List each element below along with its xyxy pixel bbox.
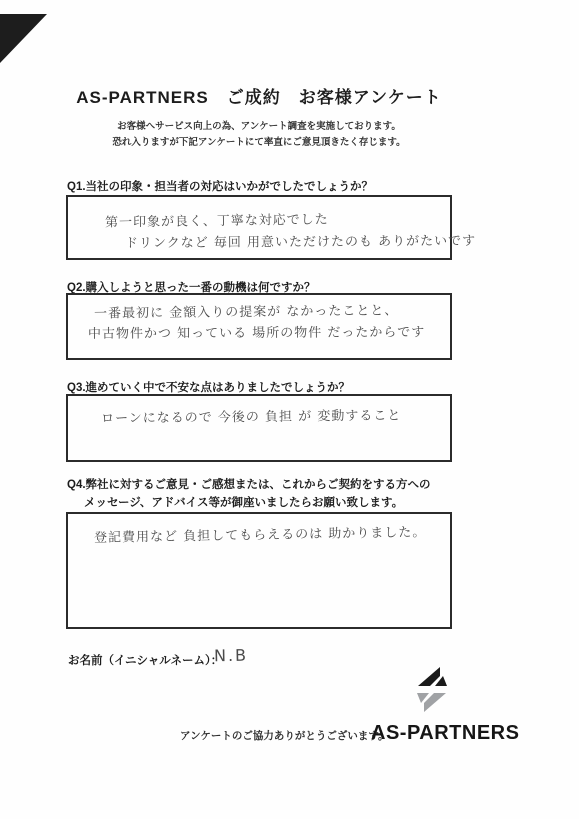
footer-thanks-text: アンケートのご協力ありがとうございます。	[180, 728, 389, 743]
scan-corner-artifact	[0, 14, 47, 63]
question-3-label: Q3.進めていく中で不安な点はありましたでしょうか？	[67, 379, 350, 395]
question-4-label-line-2: メッセージ、アドバイス等が御座いましたらお願い致します。	[84, 494, 403, 510]
question-4-label: Q4.弊社に対するご意見・ご感想または、これからご契約をする方への	[67, 476, 431, 492]
name-field-value: N.B	[214, 646, 248, 666]
question-2-answer-line-2: 中古物件かつ 知っている 場所の物件 だったからです	[88, 321, 425, 342]
page-title: AS-PARTNERS ご成約 お客様アンケート	[66, 83, 452, 108]
subtitle-line-1: お客様へサービス向上の為、アンケート調査を実施しております。	[36, 119, 482, 135]
name-field-label: お名前（イニシャルネーム）：	[68, 652, 222, 668]
footer-brand-name: AS-PARTNERS	[371, 722, 519, 745]
question-1-answer-line-2: ドリンクなど 毎回 用意いただけたのも ありがたいです	[125, 230, 476, 251]
page-subtitle: お客様へサービス向上の為、アンケート調査を実施しております。 恐れ入りますが下記…	[36, 119, 482, 151]
question-1-answer-line-1: 第一印象が良く、丁寧な対応でした	[105, 208, 329, 230]
as-partners-logo-icon	[417, 667, 448, 713]
question-1-label: Q1.当社の印象・担当者の対応はいかがでしたでしょうか？	[67, 178, 373, 194]
subtitle-line-2: 恐れ入りますが下記アンケートにて率直にご意見頂きたく存じます。	[36, 135, 482, 151]
question-2-answer-line-1: 一番最初に 金額入りの提案が なかったことと、	[94, 299, 398, 321]
survey-scan-page: AS-PARTNERS ご成約 お客様アンケート お客様へサービス向上の為、アン…	[0, 0, 579, 819]
question-3-answer-line-1: ローンになるので 今後の 負担 が 変動すること	[101, 404, 401, 426]
